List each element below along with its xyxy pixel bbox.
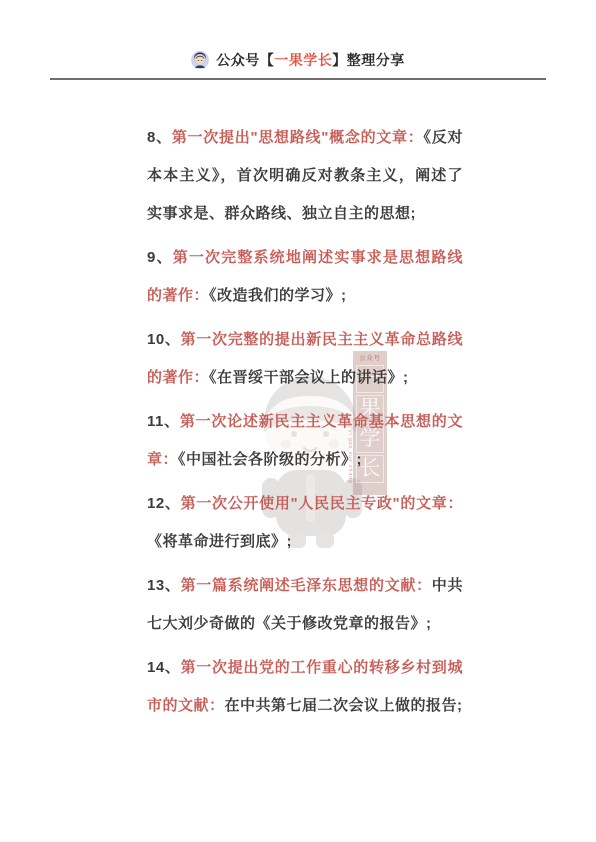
header-title: 公众号【一果学长】整理分享	[216, 50, 405, 70]
notes-list: 8、第一次提出"思想路线"概念的文章：《反对本本主义》，首次明确反对教条主义，阐…	[147, 119, 463, 731]
item-number: 14、	[147, 659, 181, 676]
item-body: 《中国社会各阶级的分析》;	[178, 451, 362, 468]
list-item: 12、第一次公开使用"人民民主专政"的文章：《将革命进行到底》;	[147, 485, 463, 561]
header-divider	[50, 78, 546, 80]
header-title-prefix: 公众号【	[216, 52, 274, 68]
header-title-highlight: 一果学长	[274, 52, 332, 68]
list-item: 9、第一次完整系统地阐述实事求是思想路线的著作：《改造我们的学习》;	[147, 239, 463, 315]
page-header: 公众号【一果学长】整理分享	[0, 46, 596, 74]
header-title-suffix: 】整理分享	[332, 52, 405, 68]
list-item: 11、第一次论述新民主主义革命基本思想的文章：《中国社会各阶级的分析》;	[147, 403, 463, 479]
item-heading: 第一次提出"思想路线"概念的文章：	[172, 129, 424, 146]
document-page: 公众号【一果学长】整理分享 公众号 一 果 学 长 yi guo xue zha…	[0, 0, 596, 842]
list-item: 8、第一次提出"思想路线"概念的文章：《反对本本主义》，首次明确反对教条主义，阐…	[147, 119, 463, 233]
item-number: 12、	[147, 495, 181, 512]
item-number: 9、	[147, 249, 173, 266]
item-number: 8、	[147, 129, 172, 146]
list-item: 13、第一篇系统阐述毛泽东思想的文献：中共七大刘少奇做的《关于修改党章的报告》;	[147, 567, 463, 643]
item-number: 11、	[147, 413, 180, 430]
item-body: 在中共第七届二次会议上做的报告;	[225, 697, 463, 714]
list-item: 10、第一次完整的提出新民主主义革命总路线的著作：《在晋绥干部会议上的讲话》;	[147, 321, 463, 397]
list-item: 14、第一次提出党的工作重心的转移乡村到城市的文献：在中共第七届二次会议上做的报…	[147, 649, 463, 725]
item-body: 《改造我们的学习》;	[209, 287, 347, 304]
boy-avatar-icon	[191, 51, 209, 69]
item-body: 《在晋绥干部会议上的讲话》;	[209, 369, 409, 386]
item-body: 《将革命进行到底》;	[147, 533, 292, 550]
item-number: 13、	[147, 577, 181, 594]
item-heading: 第一次公开使用"人民民主专政"的文章：	[181, 495, 463, 512]
item-heading: 第一篇系统阐述毛泽东思想的文献：	[181, 577, 432, 594]
item-number: 10、	[147, 331, 181, 348]
